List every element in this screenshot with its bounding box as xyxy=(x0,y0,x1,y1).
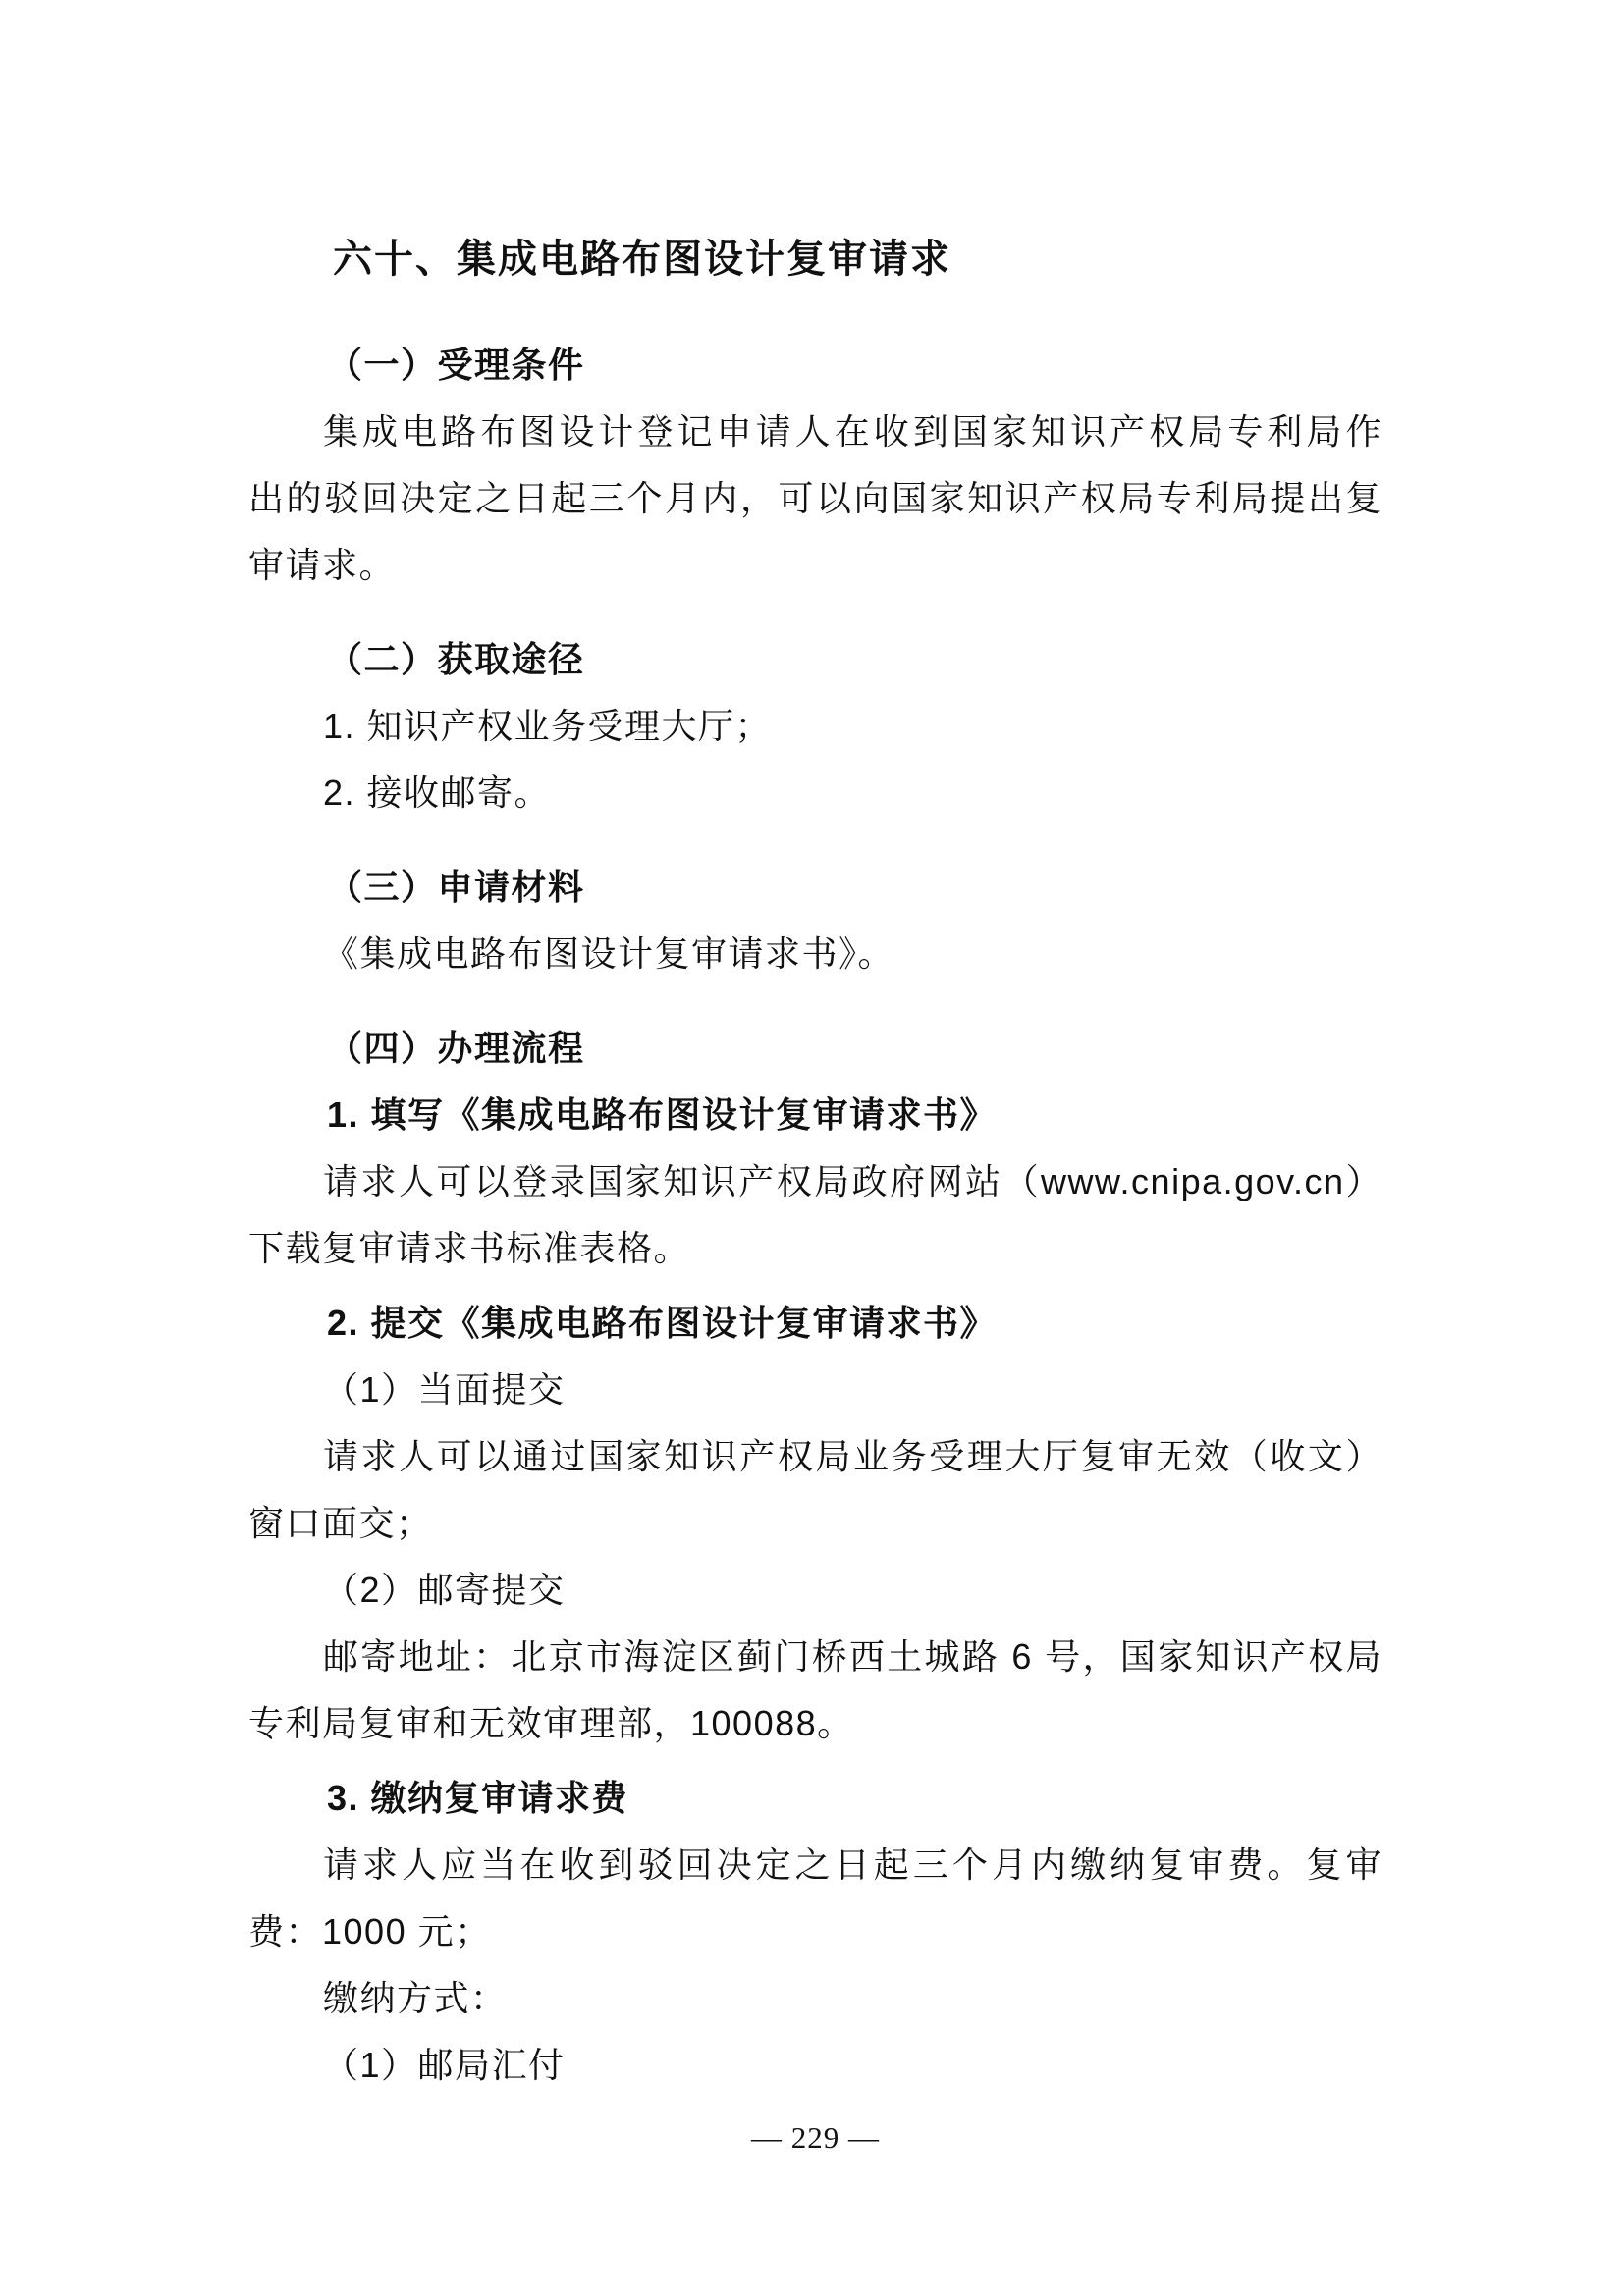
step-1-paragraph: 请求人可以登录国家知识产权局政府网站（www.cnipa.gov.cn） 下载复… xyxy=(248,1148,1382,1282)
list-item: 1. 知识产权业务受理大厅； xyxy=(248,693,1382,760)
paragraph-line: 审请求。 xyxy=(248,532,1382,599)
payment-method-label: 缴纳方式： xyxy=(248,1965,1382,2032)
paragraph-line: 集成电路布图设计登记申请人在收到国家知识产权局专利局作 xyxy=(248,399,1382,465)
payment-method-1: （1）邮局汇付 xyxy=(248,2032,1382,2099)
document-page: 六十、集成电路布图设计复审请求 （一）受理条件 集成电路布图设计登记申请人在收到… xyxy=(0,0,1624,2296)
page-number: — 229 — xyxy=(248,2105,1382,2171)
paragraph-line: 出的驳回决定之日起三个月内，可以向国家知识产权局专利局提出复 xyxy=(248,465,1382,532)
section-3-heading: （三）申请材料 xyxy=(248,854,1382,921)
step-2-heading: 2. 提交《集成电路布图设计复审请求书》 xyxy=(248,1290,1382,1357)
paragraph-line: 请求人可以登录国家知识产权局政府网站（www.cnipa.gov.cn） xyxy=(248,1148,1382,1215)
paragraph-line: 费：1000 元； xyxy=(248,1898,1382,1965)
step-3-heading: 3. 缴纳复审请求费 xyxy=(248,1765,1382,1832)
method-1-paragraph: 请求人可以通过国家知识产权局业务受理大厅复审无效（收文） 窗口面交； xyxy=(248,1423,1382,1557)
document-content: 六十、集成电路布图设计复审请求 （一）受理条件 集成电路布图设计登记申请人在收到… xyxy=(248,0,1382,2171)
method-2-paragraph: 邮寄地址：北京市海淀区蓟门桥西土城路 6 号，国家知识产权局 专利局复审和无效审… xyxy=(248,1624,1382,1757)
paragraph-line: 窗口面交； xyxy=(248,1490,1382,1557)
step-1-heading: 1. 填写《集成电路布图设计复审请求书》 xyxy=(248,1082,1382,1148)
section-4-heading: （四）办理流程 xyxy=(248,1015,1382,1082)
paragraph-line: 邮寄地址：北京市海淀区蓟门桥西土城路 6 号，国家知识产权局 xyxy=(248,1624,1382,1690)
paragraph-line: 请求人可以通过国家知识产权局业务受理大厅复审无效（收文） xyxy=(248,1423,1382,1490)
step-3-paragraph: 请求人应当在收到驳回决定之日起三个月内缴纳复审费。复审 费：1000 元； xyxy=(248,1832,1382,1965)
section-1-heading: （一）受理条件 xyxy=(248,332,1382,399)
method-2-label: （2）邮寄提交 xyxy=(248,1557,1382,1624)
method-1-label: （1）当面提交 xyxy=(248,1357,1382,1423)
list-item: 2. 接收邮寄。 xyxy=(248,760,1382,827)
paragraph-line: 下载复审请求书标准表格。 xyxy=(248,1215,1382,1282)
document-title: 六十、集成电路布图设计复审请求 xyxy=(333,224,1382,294)
section-1-paragraph: 集成电路布图设计登记申请人在收到国家知识产权局专利局作 出的驳回决定之日起三个月… xyxy=(248,399,1382,599)
paragraph-line: 专利局复审和无效审理部，100088。 xyxy=(248,1690,1382,1757)
paragraph-line: 请求人应当在收到驳回决定之日起三个月内缴纳复审费。复审 xyxy=(248,1832,1382,1898)
section-3-body: 《集成电路布图设计复审请求书》。 xyxy=(248,921,1382,988)
section-2-heading: （二）获取途径 xyxy=(248,626,1382,693)
